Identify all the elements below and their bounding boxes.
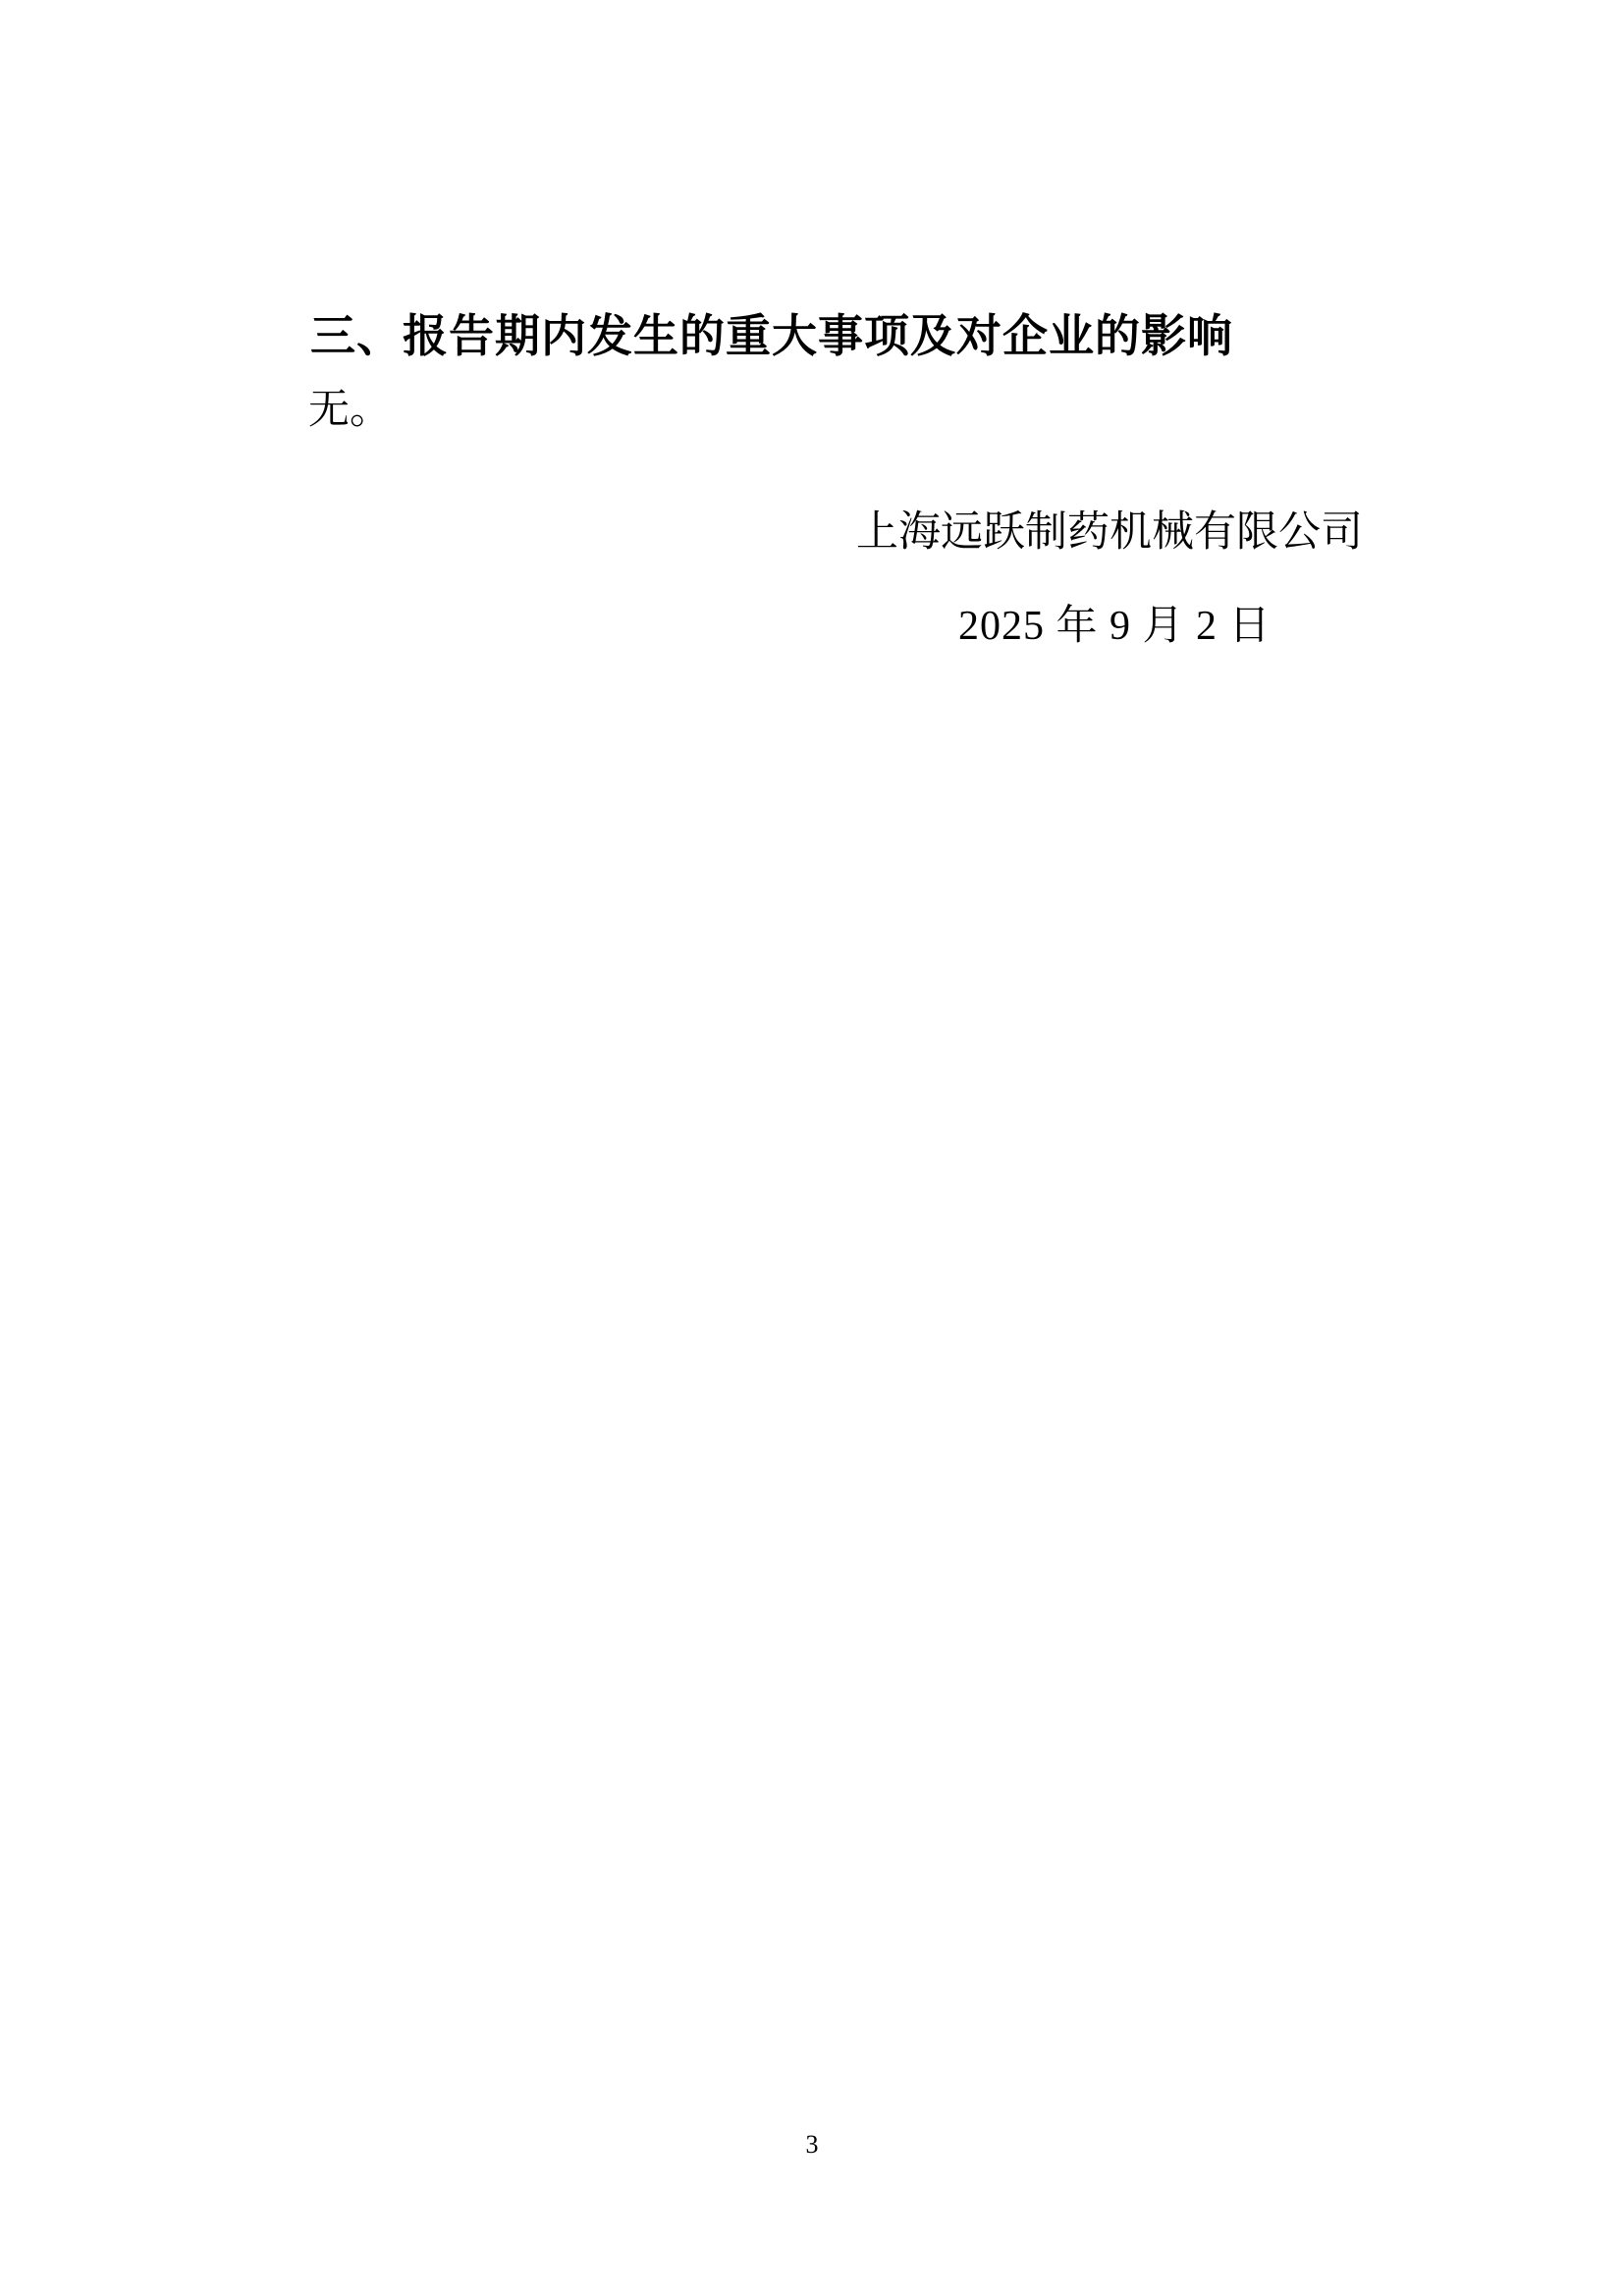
signature-company-name: 上海远跃制药机械有限公司 bbox=[856, 508, 1363, 557]
section-heading: 三、报告期内发生的重大事项及对企业的影响 bbox=[310, 310, 1233, 362]
body-text: 无。 bbox=[308, 387, 391, 434]
page-number: 3 bbox=[0, 2130, 1624, 2160]
document-page: 三、报告期内发生的重大事项及对企业的影响 无。 上海远跃制药机械有限公司 202… bbox=[0, 0, 1624, 2296]
signature-date: 2025 年 9 月 2 日 bbox=[958, 603, 1272, 650]
